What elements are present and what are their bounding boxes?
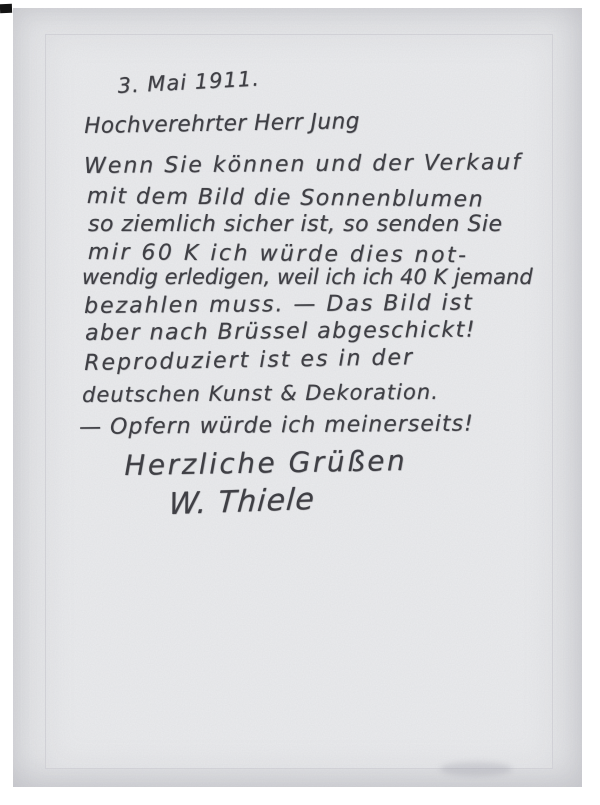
scan-corner-artifact [0,4,12,13]
body-line: — Opfern würde ich meinerseits! [79,412,474,440]
scanned-letter-page: 3. Mai 1911. Hochverehrter Herr Jung Wen… [0,0,600,805]
body-line: aber nach Brüssel abgeschickt! [85,318,476,346]
body-line: wendig erledigen, weil ich ich 40 K jema… [82,265,533,289]
closing-line: Herzliche Grüßen [124,444,407,482]
body-line: bezahlen muss. — Das Bild ist [84,291,474,319]
body-line: deutschen Kunst & Dekoration. [82,380,439,407]
ink-smudge [440,762,512,776]
body-line: Wenn Sie können und der Verkauf [84,150,522,179]
salutation-line: Hochverehrter Herr Jung [84,109,360,139]
body-line: mit dem Bild die Sonnenblumen [87,184,484,212]
body-line: so ziemlich sicher ist, so senden Sie [88,212,503,237]
signature: W. Thiele [168,482,317,522]
